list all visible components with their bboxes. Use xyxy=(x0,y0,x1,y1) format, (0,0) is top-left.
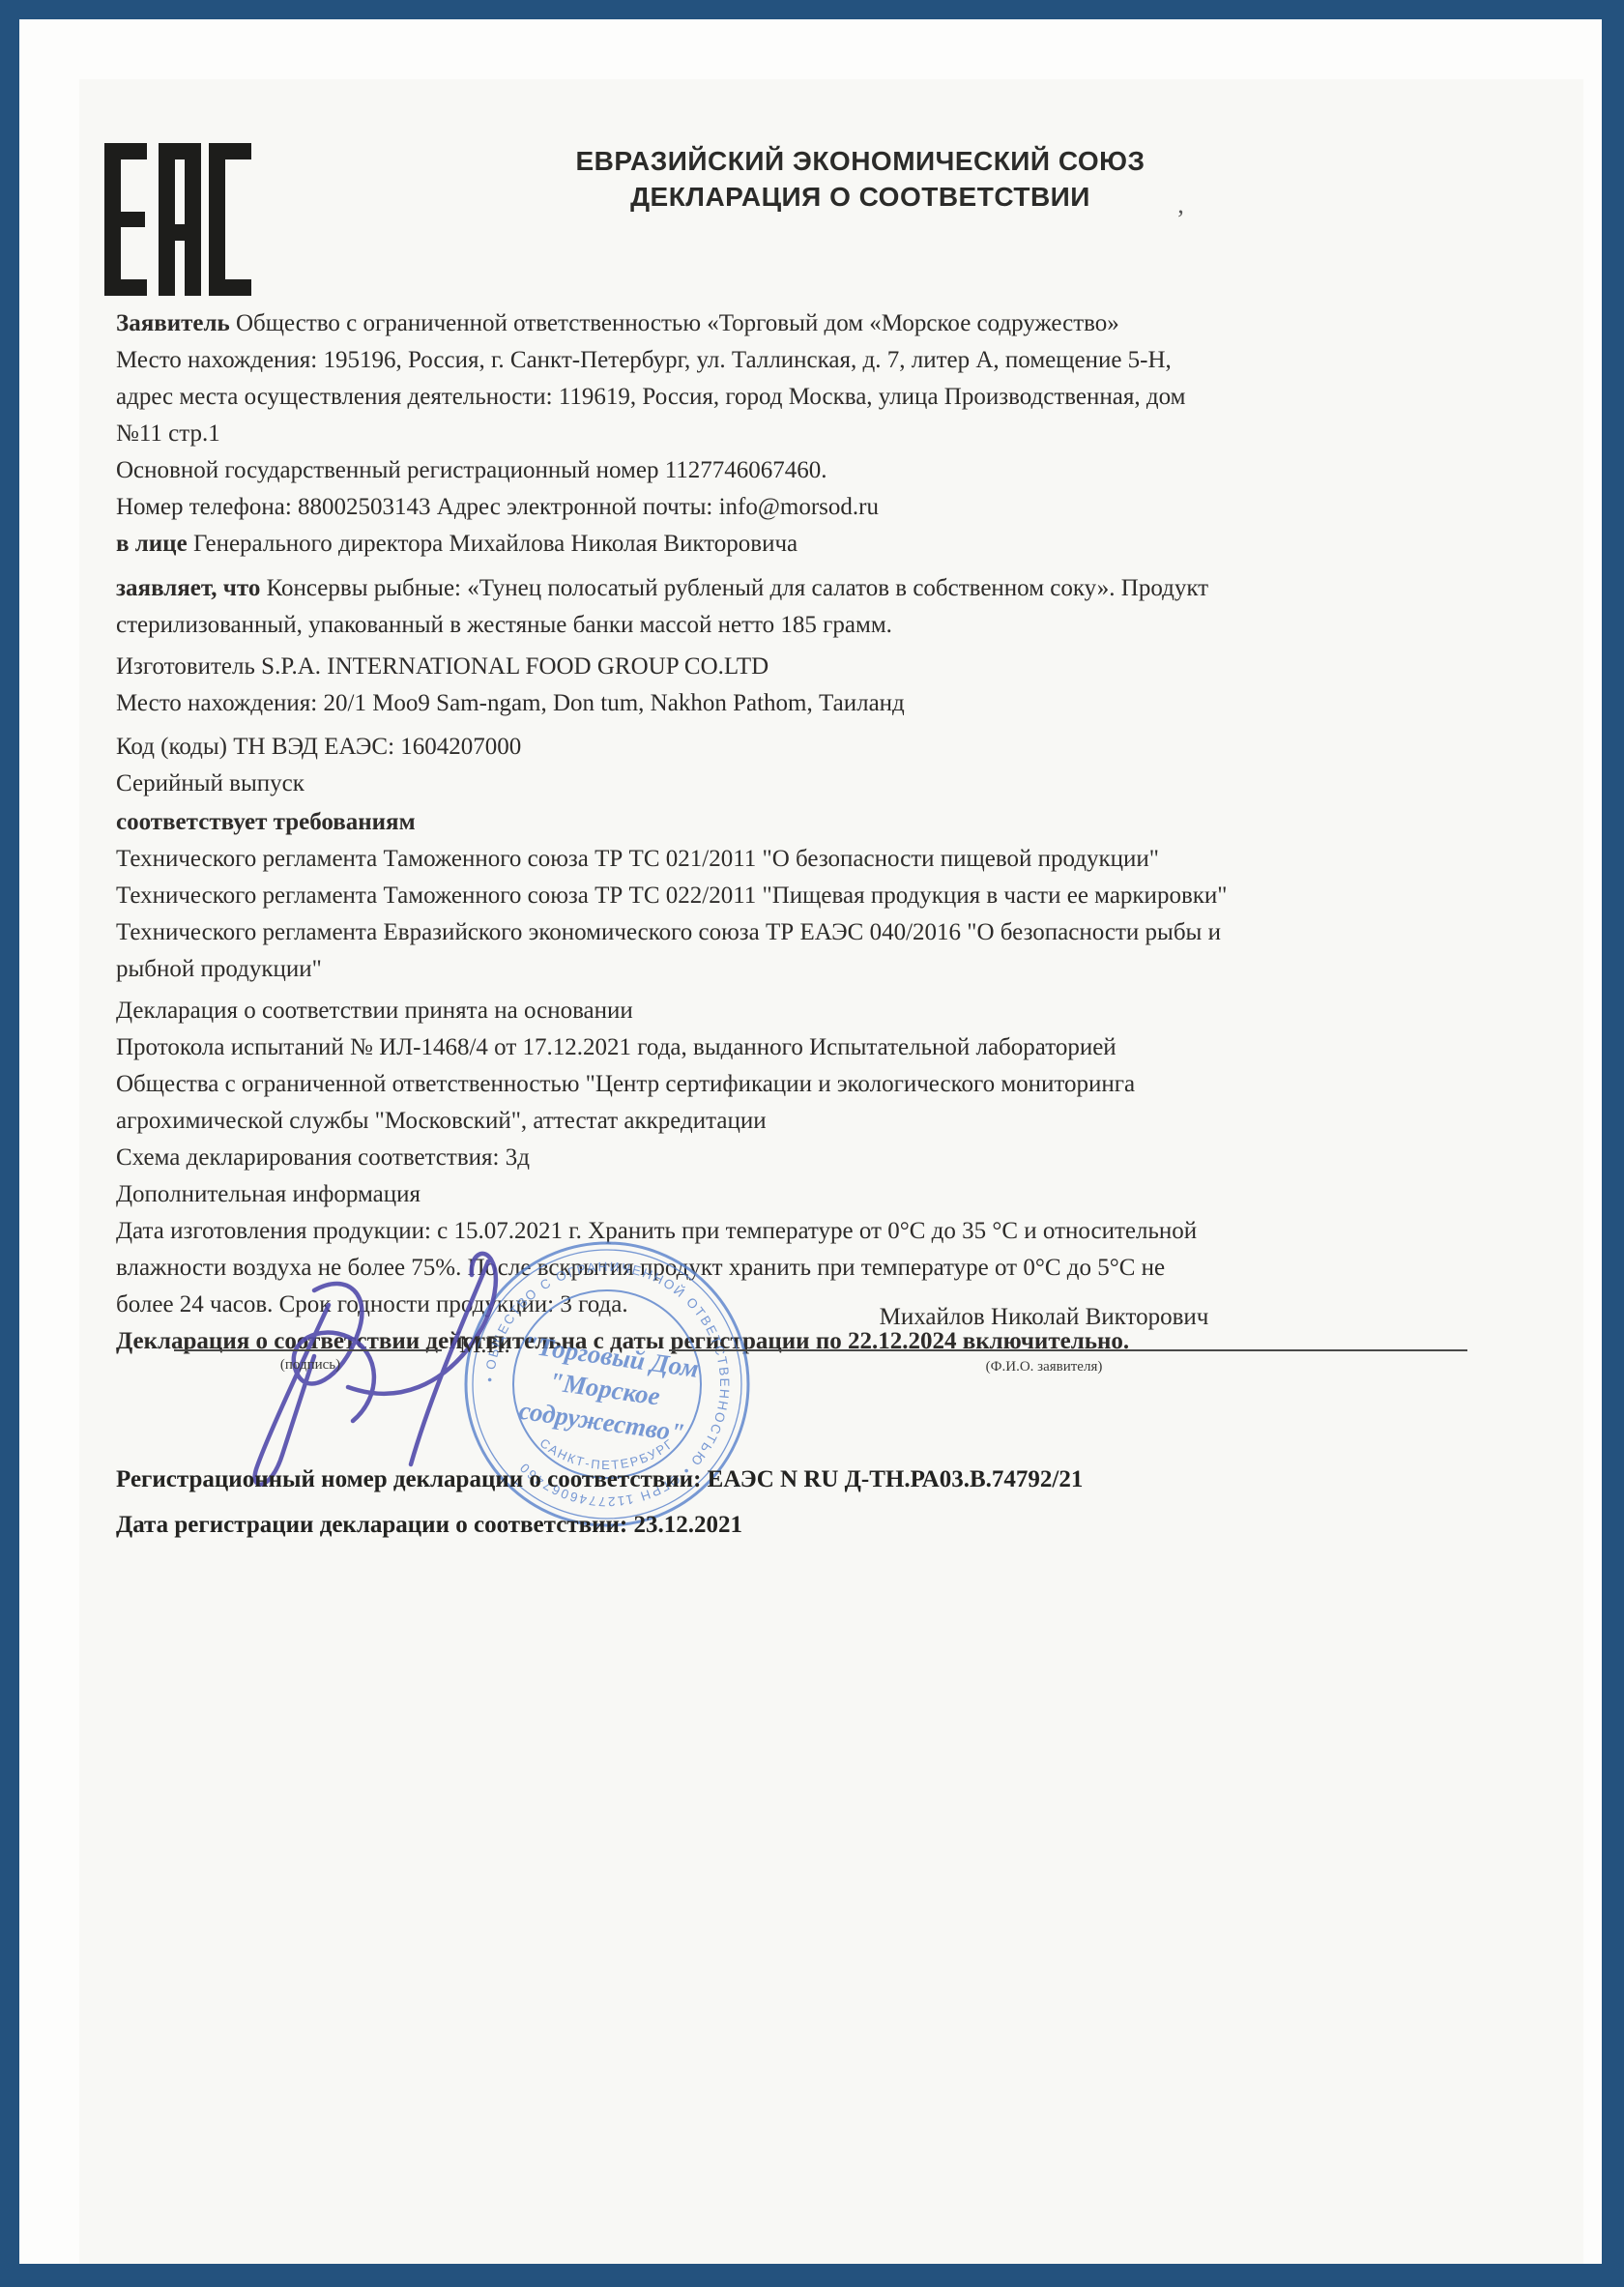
line-reg-021: Технического регламента Таможенного союз… xyxy=(116,841,1527,878)
scan-artifact-mark: ’ xyxy=(1176,205,1185,234)
line-address2: адрес места осуществления деятельности: … xyxy=(116,379,1527,416)
line-address3: №11 стр.1 xyxy=(116,416,1527,452)
svg-text:содружество": содружество" xyxy=(517,1396,686,1448)
line-reg-040a: Технического регламента Евразийского эко… xyxy=(116,914,1527,951)
title-line-union: ЕВРАЗИЙСКИЙ ЭКОНОМИЧЕСКИЙ СОЮЗ xyxy=(406,143,1315,179)
stamp-center-text: "Торговый Дом "Морское содружество" xyxy=(512,1330,701,1449)
fio-caption: (Ф.И.О. заявителя) xyxy=(754,1359,1334,1375)
line-scheme: Схема декларирования соответствия: 3д xyxy=(116,1140,1527,1176)
line-director: в лице Генерального директора Михайлова … xyxy=(116,526,1527,563)
line-manufacturer-address: Место нахождения: 20/1 Moo9 Sam-ngam, Do… xyxy=(116,685,1527,722)
signature-caption: (подпись) xyxy=(209,1357,412,1374)
document-title: ЕВРАЗИЙСКИЙ ЭКОНОМИЧЕСКИЙ СОЮЗ ДЕКЛАРАЦИ… xyxy=(406,143,1315,215)
document-scan: ЕВРАЗИЙСКИЙ ЭКОНОМИЧЕСКИЙ СОЮЗ ДЕКЛАРАЦИ… xyxy=(0,0,1624,2287)
applicant-name: Михайлов Николай Викторович xyxy=(754,1304,1334,1331)
line-conforms-heading: соответствует требованиям xyxy=(116,804,1527,841)
line-tnved-code: Код (коды) ТН ВЭД ЕАЭС: 1604207000 xyxy=(116,729,1527,766)
line-phone-email: Номер телефона: 88002503143 Адрес электр… xyxy=(116,489,1527,526)
registration-footer: Регистрационный номер декларации о соотв… xyxy=(116,1457,1527,1548)
declaration-body: Заявитель Общество с ограниченной ответс… xyxy=(116,305,1527,1360)
line-ogrn: Основной государственный регистрационный… xyxy=(116,452,1527,489)
line-product1: заявляет, что Консервы рыбные: «Тунец по… xyxy=(116,570,1527,607)
registration-date-line: Дата регистрации декларации о соответств… xyxy=(116,1502,1527,1548)
line-serial: Серийный выпуск xyxy=(116,766,1527,802)
fio-line xyxy=(669,1349,1467,1351)
registration-number-line: Регистрационный номер декларации о соотв… xyxy=(116,1457,1527,1502)
line-product2: стерилизованный, упакованный в жестяные … xyxy=(116,607,1527,644)
line-additional-info: Дополнительная информация xyxy=(116,1176,1527,1213)
stamp-place-label: М.П. xyxy=(459,1332,510,1359)
line-reg-040b: рыбной продукции" xyxy=(116,951,1527,988)
line-lab1: Общества с ограниченной ответственностью… xyxy=(116,1066,1527,1103)
line-basis-heading: Декларация о соответствии принята на осн… xyxy=(116,993,1527,1029)
line-reg-022: Технического регламента Таможенного союз… xyxy=(116,878,1527,914)
paper-sheet: ЕВРАЗИЙСКИЙ ЭКОНОМИЧЕСКИЙ СОЮЗ ДЕКЛАРАЦИ… xyxy=(19,19,1602,2264)
signature-line xyxy=(174,1349,442,1351)
line-manufacturer: Изготовитель S.P.A. INTERNATIONAL FOOD G… xyxy=(116,649,1527,685)
line-lab2: агрохимической службы "Московский", атте… xyxy=(116,1103,1527,1140)
line-applicant: Заявитель Общество с ограниченной ответс… xyxy=(116,305,1527,342)
line-protocol: Протокола испытаний № ИЛ-1468/4 от 17.12… xyxy=(116,1029,1527,1066)
line-address1: Место нахождения: 195196, Россия, г. Сан… xyxy=(116,342,1527,379)
eac-logo-icon xyxy=(104,143,251,296)
